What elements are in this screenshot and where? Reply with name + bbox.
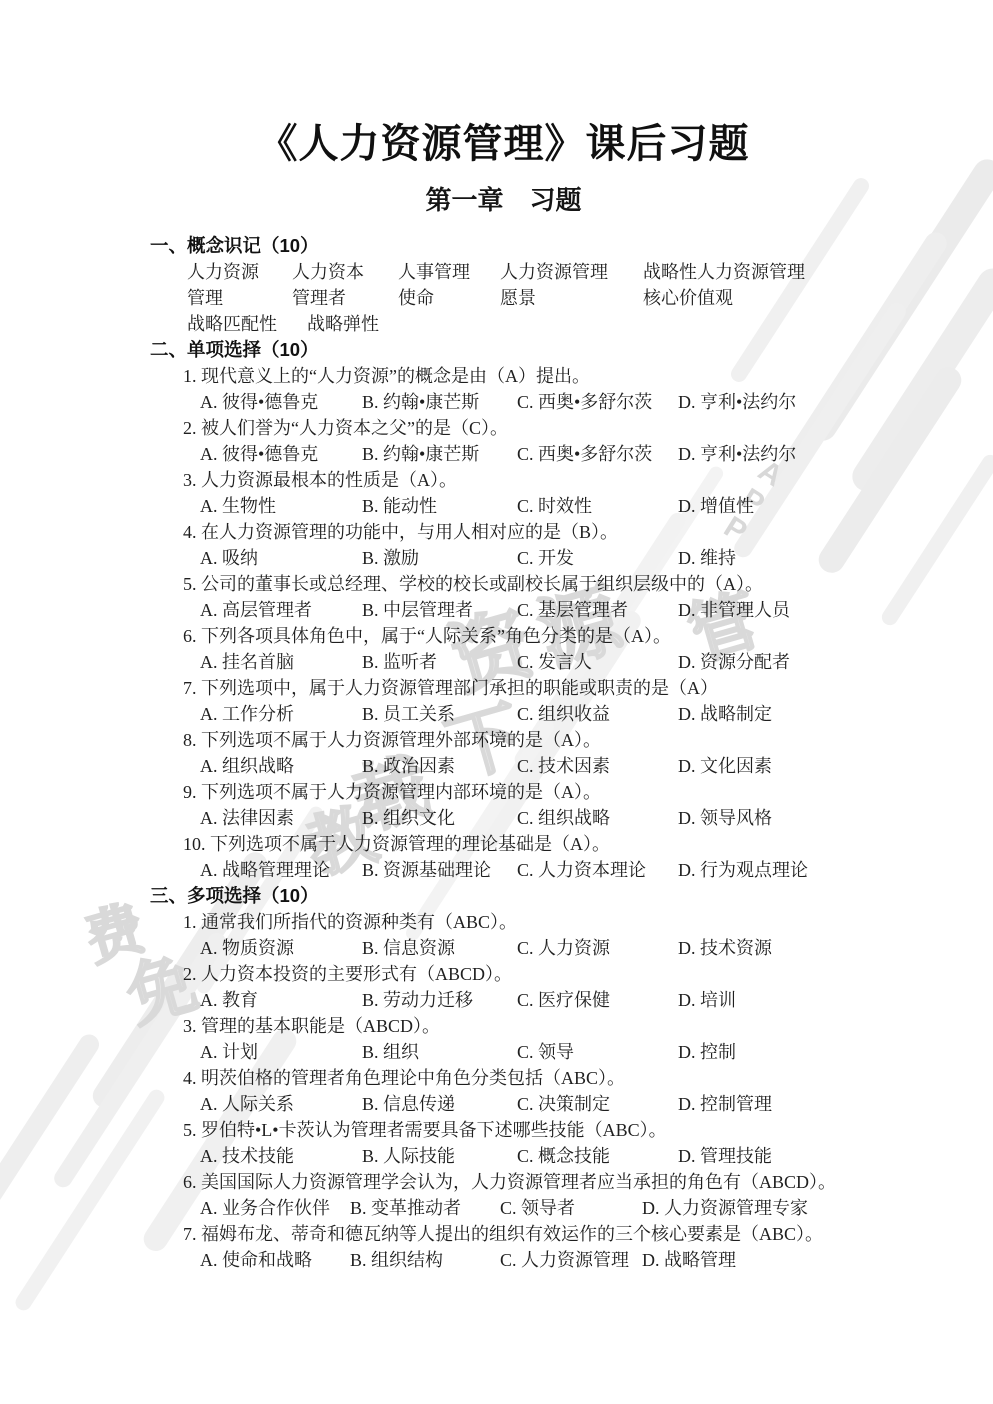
option-A: A. 使命和战略 [200, 1247, 312, 1273]
question-line: 6. 美国国际人力资源管理学会认为，人力资源管理者应当承担的角色有（ABCD）。 [0, 1169, 993, 1195]
question-text: 3. 管理的基本职能是（ABCD）。 [183, 1013, 440, 1039]
term: 愿景 [500, 285, 536, 311]
option-A: A. 法律因素 [200, 805, 294, 831]
question-line: 6. 下列各项具体角色中，属于“人际关系”角色分类的是（A）。 [0, 623, 993, 649]
options-line: A. 彼得•德鲁克B. 约翰•康芒斯C. 西奥•多舒尔茨D. 亨利•法约尔 [0, 441, 993, 467]
option-A: A. 吸纳 [200, 545, 258, 571]
question-text: 5. 公司的董事长或总经理、学校的校长或副校长属于组织层级中的（A）。 [183, 571, 763, 597]
option-B: B. 变革推动者 [350, 1195, 461, 1221]
option-B: B. 信息资源 [362, 935, 455, 961]
question-line: 2. 被人们誉为“人力资本之父”的是（C）。 [0, 415, 993, 441]
term: 核心价值观 [643, 285, 733, 311]
options-line: A. 教育B. 劳动力迁移C. 医疗保健D. 培训 [0, 987, 993, 1013]
question-line: 9. 下列选项不属于人力资源管理内部环境的是（A）。 [0, 779, 993, 805]
question-line: 7. 福姆布龙、蒂奇和德瓦纳等人提出的组织有效运作的三个核心要素是（ABC）。 [0, 1221, 993, 1247]
option-C: C. 决策制定 [517, 1091, 610, 1117]
term: 人力资本 [292, 259, 364, 285]
option-A: A. 彼得•德鲁克 [200, 389, 318, 415]
term: 人事管理 [398, 259, 470, 285]
option-D: D. 人力资源管理专家 [642, 1195, 808, 1221]
option-A: A. 技术技能 [200, 1143, 294, 1169]
option-B: B. 政治因素 [362, 753, 455, 779]
question-line: 3. 人力资源最根本的性质是（A）。 [0, 467, 993, 493]
option-C: C. 技术因素 [517, 753, 610, 779]
option-A: A. 生物性 [200, 493, 276, 519]
term: 管理者 [292, 285, 346, 311]
options-line: A. 技术技能B. 人际技能C. 概念技能D. 管理技能 [0, 1143, 993, 1169]
options-line: A. 生物性B. 能动性C. 时效性D. 增值性 [0, 493, 993, 519]
question-text: 7. 福姆布龙、蒂奇和德瓦纳等人提出的组织有效运作的三个核心要素是（ABC）。 [183, 1221, 823, 1247]
option-C: C. 概念技能 [517, 1143, 610, 1169]
document-content: 《人力资源管理》课后习题 第一章 习题 一、概念识记（10）人力资源人力资本人事… [0, 0, 993, 1404]
option-B: B. 组织 [362, 1039, 419, 1065]
option-C: C. 开发 [517, 545, 574, 571]
option-D: D. 管理技能 [678, 1143, 772, 1169]
question-line: 8. 下列选项不属于人力资源管理外部环境的是（A）。 [0, 727, 993, 753]
options-line: A. 组织战略B. 政治因素C. 技术因素D. 文化因素 [0, 753, 993, 779]
document-page: 源资管下载教费免A P P 《人力资源管理》课后习题 第一章 习题 一、概念识记… [0, 0, 993, 1404]
option-B: B. 资源基础理论 [362, 857, 491, 883]
option-B: B. 中层管理者 [362, 597, 473, 623]
option-C: C. 领导者 [500, 1195, 575, 1221]
option-B: B. 信息传递 [362, 1091, 455, 1117]
option-C: C. 人力资源管理 [500, 1247, 629, 1273]
section-heading: 三、多项选择（10） [0, 883, 993, 909]
section-heading-label: 二、单项选择（10） [150, 337, 319, 363]
option-C: C. 组织战略 [517, 805, 610, 831]
options-line: A. 法律因素B. 组织文化C. 组织战略D. 领导风格 [0, 805, 993, 831]
options-line: A. 工作分析B. 员工关系C. 组织收益D. 战略制定 [0, 701, 993, 727]
option-C: C. 医疗保健 [517, 987, 610, 1013]
option-D: D. 战略制定 [678, 701, 772, 727]
question-text: 3. 人力资源最根本的性质是（A）。 [183, 467, 457, 493]
option-A: A. 业务合作伙伴 [200, 1195, 330, 1221]
option-D: D. 亨利•法约尔 [678, 389, 796, 415]
option-B: B. 约翰•康芒斯 [362, 389, 479, 415]
question-text: 4. 在人力资源管理的功能中，与用人相对应的是（B）。 [183, 519, 618, 545]
option-D: D. 控制 [678, 1039, 736, 1065]
option-C: C. 西奥•多舒尔茨 [517, 441, 652, 467]
term: 管理 [187, 285, 223, 311]
options-line: A. 计划B. 组织C. 领导D. 控制 [0, 1039, 993, 1065]
question-text: 2. 被人们誉为“人力资本之父”的是（C）。 [183, 415, 508, 441]
question-text: 5. 罗伯特•L•卡茨认为管理者需要具备下述哪些技能（ABC）。 [183, 1117, 667, 1143]
option-B: B. 能动性 [362, 493, 437, 519]
question-line: 4. 在人力资源管理的功能中，与用人相对应的是（B）。 [0, 519, 993, 545]
question-line: 3. 管理的基本职能是（ABCD）。 [0, 1013, 993, 1039]
option-D: D. 文化因素 [678, 753, 772, 779]
option-B: B. 组织文化 [362, 805, 455, 831]
question-text: 10. 下列选项不属于人力资源管理的理论基础是（A）。 [183, 831, 610, 857]
option-C: C. 领导 [517, 1039, 574, 1065]
option-D: D. 培训 [678, 987, 736, 1013]
option-B: B. 监听者 [362, 649, 437, 675]
option-A: A. 计划 [200, 1039, 258, 1065]
page-title: 《人力资源管理》课后习题 [0, 112, 993, 169]
option-B: B. 激励 [362, 545, 419, 571]
term: 战略性人力资源管理 [643, 259, 805, 285]
question-text: 6. 下列各项具体角色中，属于“人际关系”角色分类的是（A）。 [183, 623, 671, 649]
question-line: 2. 人力资本投资的主要形式有（ABCD）。 [0, 961, 993, 987]
option-D: D. 亨利•法约尔 [678, 441, 796, 467]
section-heading: 二、单项选择（10） [0, 337, 993, 363]
option-C: C. 组织收益 [517, 701, 610, 727]
question-line: 4. 明茨伯格的管理者角色理论中角色分类包括（ABC）。 [0, 1065, 993, 1091]
option-A: A. 教育 [200, 987, 258, 1013]
option-D: D. 技术资源 [678, 935, 772, 961]
option-D: D. 控制管理 [678, 1091, 772, 1117]
option-A: A. 彼得•德鲁克 [200, 441, 318, 467]
question-line: 10. 下列选项不属于人力资源管理的理论基础是（A）。 [0, 831, 993, 857]
question-text: 7. 下列选项中，属于人力资源管理部门承担的职能或职责的是（A） [183, 675, 718, 701]
term: 人力资源 [187, 259, 259, 285]
option-A: A. 高层管理者 [200, 597, 312, 623]
options-line: A. 战略管理理论B. 资源基础理论C. 人力资本理论D. 行为观点理论 [0, 857, 993, 883]
options-line: A. 物质资源B. 信息资源C. 人力资源D. 技术资源 [0, 935, 993, 961]
option-B: B. 约翰•康芒斯 [362, 441, 479, 467]
option-D: D. 资源分配者 [678, 649, 790, 675]
option-A: A. 工作分析 [200, 701, 294, 727]
options-line: A. 挂名首脑B. 监听者C. 发言人D. 资源分配者 [0, 649, 993, 675]
option-A: A. 战略管理理论 [200, 857, 330, 883]
term-row: 管理管理者使命愿景核心价值观 [0, 285, 993, 311]
question-text: 1. 现代意义上的“人力资源”的概念是由（A）提出。 [183, 363, 590, 389]
option-A: A. 挂名首脑 [200, 649, 294, 675]
question-text: 4. 明茨伯格的管理者角色理论中角色分类包括（ABC）。 [183, 1065, 625, 1091]
term: 人力资源管理 [500, 259, 608, 285]
question-line: 5. 公司的董事长或总经理、学校的校长或副校长属于组织层级中的（A）。 [0, 571, 993, 597]
section-heading: 一、概念识记（10） [0, 233, 993, 259]
option-A: A. 组织战略 [200, 753, 294, 779]
term-row: 人力资源人力资本人事管理人力资源管理战略性人力资源管理 [0, 259, 993, 285]
question-line: 5. 罗伯特•L•卡茨认为管理者需要具备下述哪些技能（ABC）。 [0, 1117, 993, 1143]
term-row: 战略匹配性战略弹性 [0, 311, 993, 337]
option-D: D. 增值性 [678, 493, 754, 519]
options-line: A. 吸纳B. 激励C. 开发D. 维持 [0, 545, 993, 571]
question-text: 8. 下列选项不属于人力资源管理外部环境的是（A）。 [183, 727, 601, 753]
section-heading-label: 一、概念识记（10） [150, 233, 319, 259]
term: 使命 [398, 285, 434, 311]
options-line: A. 业务合作伙伴B. 变革推动者C. 领导者D. 人力资源管理专家 [0, 1195, 993, 1221]
option-B: B. 组织结构 [350, 1247, 443, 1273]
option-D: D. 领导风格 [678, 805, 772, 831]
term: 战略弹性 [307, 311, 379, 337]
option-B: B. 人际技能 [362, 1143, 455, 1169]
option-C: C. 西奥•多舒尔茨 [517, 389, 652, 415]
question-text: 6. 美国国际人力资源管理学会认为，人力资源管理者应当承担的角色有（ABCD）。 [183, 1169, 836, 1195]
option-D: D. 行为观点理论 [678, 857, 808, 883]
option-C: C. 人力资源 [517, 935, 610, 961]
option-C: C. 人力资本理论 [517, 857, 646, 883]
question-line: 7. 下列选项中，属于人力资源管理部门承担的职能或职责的是（A） [0, 675, 993, 701]
option-C: C. 发言人 [517, 649, 592, 675]
option-C: C. 基层管理者 [517, 597, 628, 623]
question-text: 9. 下列选项不属于人力资源管理内部环境的是（A）。 [183, 779, 601, 805]
question-line: 1. 通常我们所指代的资源种类有（ABC）。 [0, 909, 993, 935]
section-heading-label: 三、多项选择（10） [150, 883, 319, 909]
question-text: 1. 通常我们所指代的资源种类有（ABC）。 [183, 909, 517, 935]
options-line: A. 彼得•德鲁克B. 约翰•康芒斯C. 西奥•多舒尔茨D. 亨利•法约尔 [0, 389, 993, 415]
option-B: B. 员工关系 [362, 701, 455, 727]
option-D: D. 维持 [678, 545, 736, 571]
option-C: C. 时效性 [517, 493, 592, 519]
question-line: 1. 现代意义上的“人力资源”的概念是由（A）提出。 [0, 363, 993, 389]
options-line: A. 高层管理者B. 中层管理者C. 基层管理者D. 非管理人员 [0, 597, 993, 623]
chapter-subtitle: 第一章 习题 [0, 180, 993, 217]
option-A: A. 物质资源 [200, 935, 294, 961]
option-D: D. 战略管理 [642, 1247, 736, 1273]
term: 战略匹配性 [187, 311, 277, 337]
option-B: B. 劳动力迁移 [362, 987, 473, 1013]
option-D: D. 非管理人员 [678, 597, 790, 623]
question-text: 2. 人力资本投资的主要形式有（ABCD）。 [183, 961, 512, 987]
options-line: A. 使命和战略B. 组织结构C. 人力资源管理D. 战略管理 [0, 1247, 993, 1273]
options-line: A. 人际关系B. 信息传递C. 决策制定D. 控制管理 [0, 1091, 993, 1117]
option-A: A. 人际关系 [200, 1091, 294, 1117]
